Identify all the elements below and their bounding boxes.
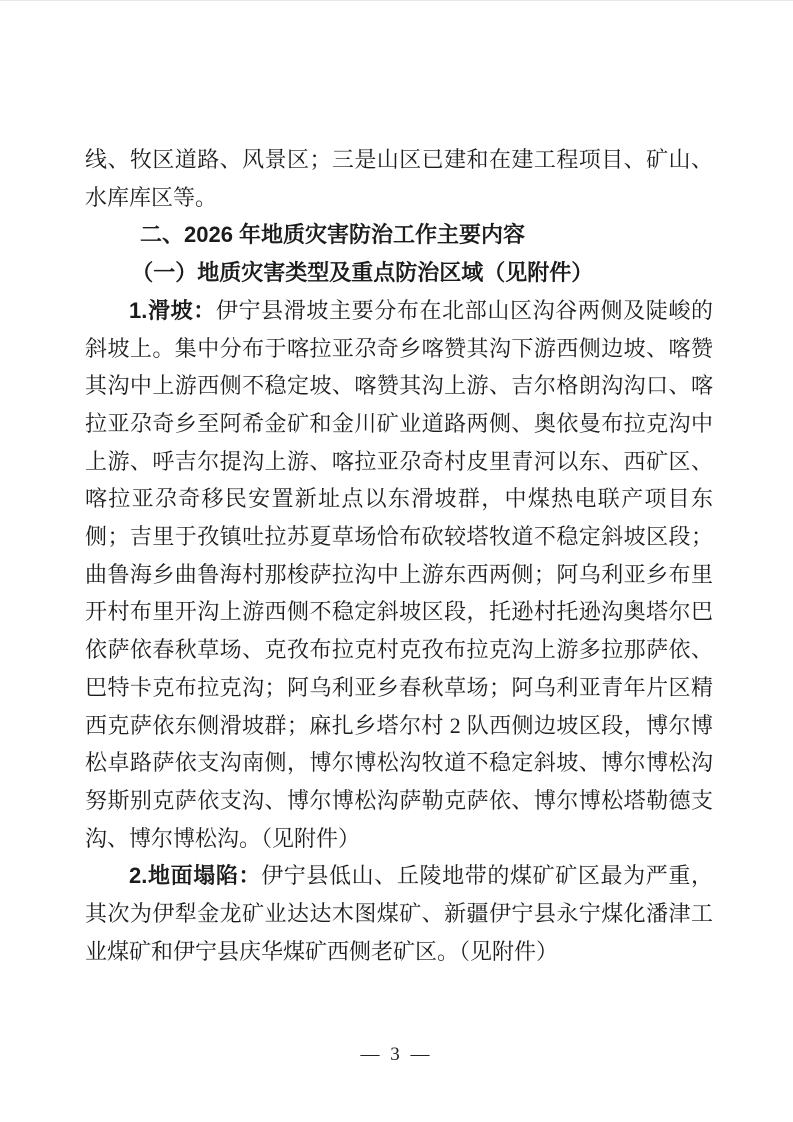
paragraph-ground-subsidence: 2.地面塌陷：伊宁县低山、丘陵地带的煤矿矿区最为严重，其次为伊犁金龙矿业达达木图… <box>85 857 713 970</box>
paragraph-landslide-text: 伊宁县滑坡主要分布在北部山区沟谷两侧及陡峻的斜坡上。集中分布于喀拉亚尕奇乡喀赞其… <box>85 298 713 851</box>
intro-continuation-paragraph: 线、牧区道路、风景区；三是山区已建和在建工程项目、矿山、水库库区等。 <box>85 141 713 216</box>
document-page: 线、牧区道路、风景区；三是山区已建和在建工程项目、矿山、水库库区等。 二、202… <box>0 0 793 1122</box>
document-body: 线、牧区道路、风景区；三是山区已建和在建工程项目、矿山、水库库区等。 二、202… <box>85 141 713 970</box>
paragraph-landslide-lead: 1.滑坡： <box>129 298 216 323</box>
subsection-heading: （一）地质灾害类型及重点防治区域（见附件） <box>85 254 713 292</box>
paragraph-ground-subsidence-lead: 2.地面塌陷： <box>129 863 261 888</box>
section-heading: 二、2026 年地质灾害防治工作主要内容 <box>85 216 713 254</box>
page-number: — 3 — <box>0 1044 793 1066</box>
paragraph-landslide: 1.滑坡：伊宁县滑坡主要分布在北部山区沟谷两侧及陡峻的斜坡上。集中分布于喀拉亚尕… <box>85 292 713 858</box>
